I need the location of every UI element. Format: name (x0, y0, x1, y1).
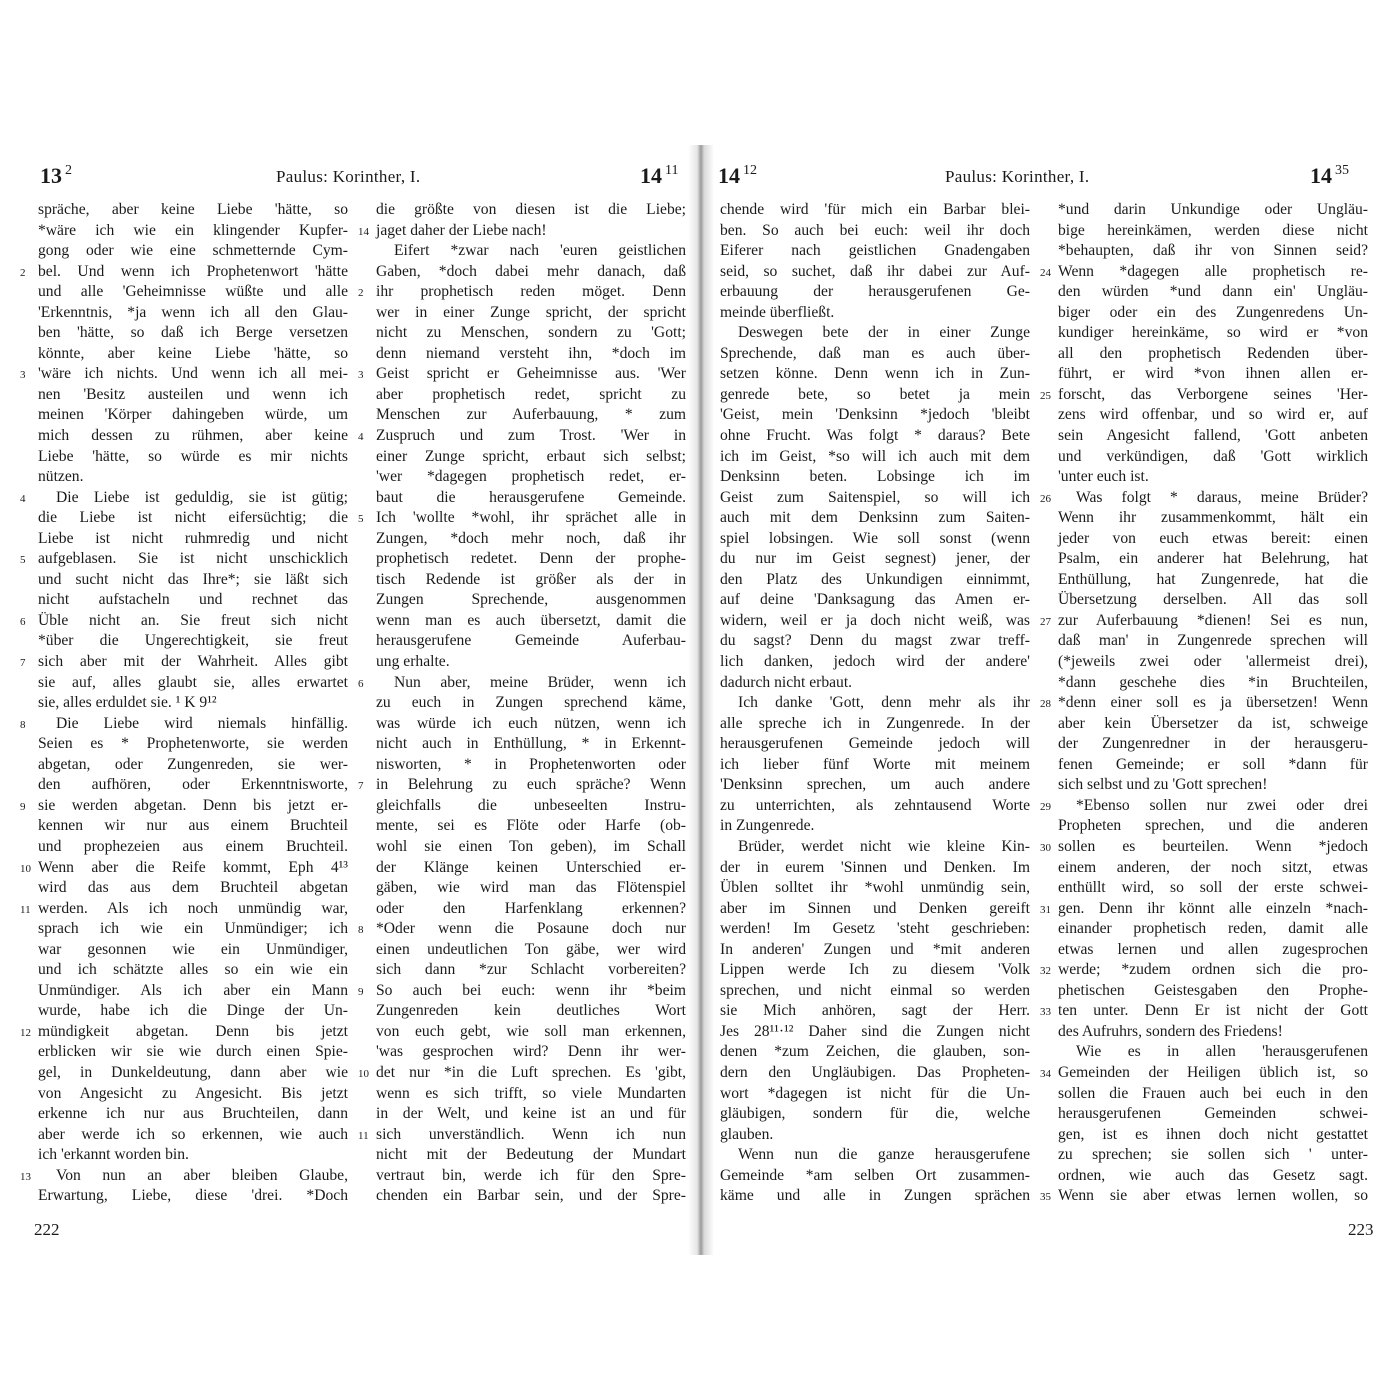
text-line: einem anderen, der noch sitzt, etwas (1058, 858, 1368, 879)
text-line: Sprechende, daß man es auch über- (720, 344, 1030, 365)
text-line: käme und alle in Zungen sprächen (720, 1186, 1030, 1207)
text-line: 8 Die Liebe wird niemals hinfällig. (38, 714, 348, 735)
text-line: 16spiel lobsingen. Wie soll sonst (wenn (720, 529, 1030, 550)
text-line: gel, in Dunkeldeutung, dann aber wie (38, 1063, 348, 1084)
text-line: ich 'erkannt worden bin. (38, 1145, 348, 1166)
text-line: vertraut bin, werde ich für den Spre- (376, 1166, 686, 1187)
text-line: nicht mit der Bedeutung der Mundart (376, 1145, 686, 1166)
text-line: erkenne ich nur aus Bruchteilen, dann (38, 1104, 348, 1125)
text-line: nicht aufstacheln und rechnet das (38, 590, 348, 611)
text-line: 9sie werden abgetan. Denn bis jetzt er- (38, 796, 348, 817)
verse-marker: 11 (20, 900, 31, 921)
text-line: zu unterrichten, als zehntausend Worte (720, 796, 1030, 817)
text-line: nicht auch in Enthüllung, * in Erkennt- (376, 734, 686, 755)
text-line: der Klänge keinen Unterschied er- (376, 858, 686, 879)
text-line: 19alle spreche ich in Zungenrede. In der (720, 714, 1030, 735)
text-line: 24Wenn *dagegen alle prophetisch re- (1058, 262, 1368, 283)
verse-marker: 4 (20, 489, 26, 510)
text-line: 34Gemeinden der Heiligen üblich ist, so (1058, 1063, 1368, 1084)
text-line: 3Geist spricht er Geheimnisse aus. 'Wer (376, 364, 686, 385)
text-line: kennen wir nur aus einem Bruchteil (38, 816, 348, 837)
page-number: 222 (34, 1220, 60, 1240)
right-page-head-right: 1435 (1310, 163, 1349, 189)
text-line: sie, alles erduldet sie. ¹ K 9¹² (38, 693, 348, 714)
text-line: und prophezeien aus einem Bruchteil. (38, 837, 348, 858)
text-line: 26 Was folgt * daraus, meine Brüder? (1058, 488, 1368, 509)
verse-marker: 3 (358, 365, 364, 386)
text-line: des Aufruhrs, sondern des Friedens! (1058, 1022, 1368, 1043)
book-gutter (688, 145, 714, 1255)
text-line: 21werden! Im Gesetz 'steht geschrieben: (720, 919, 1030, 940)
chapter-number: 14 (1310, 163, 1332, 188)
text-line: aber prophetisch redet, spricht zu (376, 385, 686, 406)
text-line: Denksinn beten. Lobsinge ich im (720, 467, 1030, 488)
text-line: sprechen, und nicht einmal so werden (720, 981, 1030, 1002)
text-line: denn niemand versteht ihn, *doch im (376, 344, 686, 365)
text-line: sollen die Frauen auch bei euch in den (1058, 1084, 1368, 1105)
text-line: 22Jes 28¹¹·¹² Daher sind die Zungen nich… (720, 1022, 1030, 1043)
text-line: ung erhalte. (376, 652, 686, 673)
text-line: chenden ein Barbar sein, und der Spre- (376, 1186, 686, 1207)
text-line: der in eurem 'Sinnen und Denken. Im (720, 858, 1030, 879)
left-page-head-right: 1411 (640, 163, 678, 189)
text-line: wer in einer Zunge spricht, der spricht (376, 303, 686, 324)
text-line: *wäre ich wie ein klingender Kupfer- (38, 221, 348, 242)
verse-marker: 25 (1040, 386, 1051, 407)
text-line: prophetisch redetet. Denn der prophe- (376, 549, 686, 570)
verse-marker: 32 (1040, 961, 1051, 982)
text-line: war gesonnen wie ein Unmündiger, (38, 940, 348, 961)
right-page-column-1: chende wird 'für mich ein Barbar blei-12… (720, 200, 1030, 1207)
text-line: und alle 'Geheimnisse wüßte und alle (38, 282, 348, 303)
text-line: Psalm, ein anderer hat Belehrung, hat (1058, 549, 1368, 570)
text-line: der Zungenredner in der herausgeru- (1058, 734, 1368, 755)
text-line: 20 Brüder, werdet nicht wie kleine Kin- (720, 837, 1030, 858)
text-line: und verkündigen, daß 'Gott wirklich (1058, 447, 1368, 468)
text-line: chende wird 'für mich ein Barbar blei- (720, 200, 1030, 221)
text-line: aber kein Übersetzer da ist, schweige (1058, 714, 1368, 735)
text-line: Zungenreden kein deutliches Wort (376, 1001, 686, 1022)
text-line: Liebe 'hätte, so würde es mir nichts (38, 447, 348, 468)
text-line: 'Geist, mein 'Denksinn *jedoch 'bleibt (720, 405, 1030, 426)
right-page-column-2: *und darin Unkundige oder Ungläu-bige he… (1058, 200, 1368, 1207)
text-line: und ich schätzte alles so ein wie ein (38, 960, 348, 981)
chapter-number: 13 (40, 163, 62, 188)
left-page-head-left: 132 (40, 163, 72, 189)
verse-marker: 14 (358, 222, 369, 243)
verse-marker: 13 (20, 1167, 31, 1188)
text-line: wenn man es auch übersetzt, damit die (376, 611, 686, 632)
text-line: Übersetzung derselben. All das soll (1058, 590, 1368, 611)
text-line: sie Mich anhören, sagt der Herr. (720, 1001, 1030, 1022)
text-line: 14setzen könne. Denn wenn ich in Zun- (720, 364, 1030, 385)
text-line: ben 'hätte, so daß ich Berge versetzen (38, 323, 348, 344)
text-line: Enthüllung, hat Zungenrede, hat die (1058, 570, 1368, 591)
text-line: tisch Redende ist größer als der in (376, 570, 686, 591)
verse-marker: 35 (1040, 1187, 1051, 1208)
text-line: 35Wenn sie aber etwas lernen wollen, so (1058, 1186, 1368, 1207)
text-line: 5aufgeblasen. Sie ist nicht unschicklich (38, 549, 348, 570)
text-line: *dann geschehe dies *in Bruchteilen, (1058, 673, 1368, 694)
verse-marker: 27 (1040, 612, 1051, 633)
left-page-column-2: die größte von diesen ist die Liebe;14ja… (376, 200, 686, 1207)
text-line: *und darin Unkundige oder Ungläu- (1058, 200, 1368, 221)
verse-marker: 7 (20, 653, 26, 674)
text-line: enthüllt wird, so soll der erste schwei- (1058, 878, 1368, 899)
running-head: Paulus: Korinther, I. (945, 167, 1089, 187)
text-line: Wie es in allen 'herausgerufenen (1058, 1042, 1368, 1063)
text-line: 'was gesprochen wird? Denn ihr wer- (376, 1042, 686, 1063)
text-line: sie auf, alles glaubt sie, alles erwarte… (38, 673, 348, 694)
verse-marker: 7 (358, 776, 364, 797)
text-line: gäben, wie wird man das Flötenspiel (376, 878, 686, 899)
text-line: meinen 'Körper dahingeben würde, um (38, 405, 348, 426)
text-line: Eifert *zwar nach 'euren geistlichen (376, 241, 686, 262)
text-line: 18 Ich danke 'Gott, denn mehr als ihr (720, 693, 1030, 714)
right-page: 1412 Paulus: Korinther, I. 1435 chende w… (700, 145, 1400, 1255)
text-line: 7sich aber mit der Wahrheit. Alles gibt (38, 652, 348, 673)
text-line: gen, ist es ihnen doch nicht gestattet (1058, 1125, 1368, 1146)
text-line: seid, so suchet, daß ihr dabei zur Auf- (720, 262, 1030, 283)
text-line: zens wird offenbar, und so wird er, auf (1058, 405, 1368, 426)
verse-marker: 33 (1040, 1002, 1051, 1023)
verse-marker: 28 (1040, 694, 1051, 715)
text-line: sich dann *zur Schlacht vorbereiten? (376, 960, 686, 981)
text-line: 'Denksinn sprechen, um auch andere (720, 775, 1030, 796)
book-spread: 132 Paulus: Korinther, I. 1411 spräche, … (0, 145, 1400, 1255)
verse-marker: 24 (1040, 263, 1051, 284)
text-line: 28*denn einer soll es ja übersetzen! Wen… (1058, 693, 1368, 714)
verse-marker: 3 (20, 365, 26, 386)
text-line: gleichfalls die unbeseelten Instru- (376, 796, 686, 817)
text-line: Zungen Sprechende, ausgenommen (376, 590, 686, 611)
verse-marker: 6 (20, 612, 26, 633)
verse-marker: 8 (358, 920, 364, 941)
verse-marker: 26 (1040, 489, 1051, 510)
text-line: jeder von euch etwas bereit: einen (1058, 529, 1368, 550)
text-line: aber im Sinnen und Denken gereift (720, 899, 1030, 920)
text-line: 12ben. So auch bei euch: weil ihr doch (720, 221, 1030, 242)
verse-marker: 9 (20, 797, 26, 818)
text-line: spräche, aber keine Liebe 'hätte, so (38, 200, 348, 221)
text-line: ordnen, wie auch das Gesetz sagt. (1058, 1166, 1368, 1187)
text-line: biger oder ein des Zungenredens Un- (1058, 303, 1368, 324)
text-line: 27zur Auferbauung *dienen! Sei es nun, (1058, 611, 1368, 632)
verse-marker: 31 (1040, 900, 1051, 921)
text-line: etwas lernen und allen zugesprochen (1058, 940, 1368, 961)
text-line: 4 Die Liebe ist geduldig, sie ist gütig; (38, 488, 348, 509)
verse-marker: 11 (358, 1126, 369, 1147)
text-line: Eiferer nach geistlichen Gnadengaben (720, 241, 1030, 262)
text-line: 14jaget daher der Liebe nach! (376, 221, 686, 242)
verse-marker: 12 (20, 1023, 31, 1044)
text-line: 9So auch bei euch: wenn ihr *beim (376, 981, 686, 1002)
verse-marker: 30 (1040, 838, 1051, 859)
text-line: könnte, aber keine Liebe 'hätte, so (38, 344, 348, 365)
text-line: fenen Gemeinde; er soll *dann für (1058, 755, 1368, 776)
text-line: von Angesicht zu Angesicht. Bis jetzt (38, 1084, 348, 1105)
text-line: meinde überfließt. (720, 303, 1030, 324)
text-line: sein Angesicht fallend, 'Gott anbeten (1058, 426, 1368, 447)
running-head: Paulus: Korinther, I. (276, 167, 420, 187)
text-line: Zungen, *doch mehr noch, daß ihr (376, 529, 686, 550)
text-line: 11sich unverständlich. Wenn ich nun (376, 1125, 686, 1146)
text-line: dern den Ungläubigen. Das Propheten- (720, 1063, 1030, 1084)
text-line: den Platz des Unkundigen einnimmt, (720, 570, 1030, 591)
text-line: Propheten sprechen, und die anderen (1058, 816, 1368, 837)
verse-number: 12 (743, 163, 757, 178)
text-line: oder den Harfenklang erkennen? (376, 899, 686, 920)
text-line: lich danken, jedoch wird der andere' (720, 652, 1030, 673)
text-line: In anderen' Zungen und *mit anderen (720, 940, 1030, 961)
text-line: 31gen. Denn ihr könnt alle einzeln *nach… (1058, 899, 1368, 920)
text-line: Erwartung, Liebe, diese 'drei. *Doch (38, 1186, 348, 1207)
text-line: (*jeweils zwei oder 'allermeist drei), (1058, 652, 1368, 673)
text-line: von euch gebt, wie soll man erkennen, (376, 1022, 686, 1043)
text-line: du nur im Geist segnest) jener, der (720, 549, 1030, 570)
verse-marker: 2 (358, 283, 364, 304)
text-line: was würde ich euch nützen, wenn ich (376, 714, 686, 735)
text-line: 10Wenn aber die Reife kommt, Eph 4¹³ (38, 858, 348, 879)
text-line: in der Welt, und keine ist an und für (376, 1104, 686, 1125)
text-line: genrede bete, so betet ja mein (720, 385, 1030, 406)
text-line: ich lieber fünf Worte mit meinem (720, 755, 1030, 776)
text-line: 10det nur *in die Luft sprechen. Es 'gib… (376, 1063, 686, 1084)
text-line: Unmündiger. Als ich aber ein Mann (38, 981, 348, 1002)
text-line: 32werde; *zudem ordnen sich die pro- (1058, 960, 1368, 981)
chapter-number: 14 (640, 163, 662, 188)
text-line: auch mit dem Denksinn zum Saiten- (720, 508, 1030, 529)
verse-marker: 2 (20, 263, 26, 284)
text-line: abgetan, oder Zungenreden, sie wer- (38, 755, 348, 776)
text-line: Gemeinde *am selben Ort zusammen- (720, 1166, 1030, 1187)
text-line: herausgerufene Gemeinde Auferbau- (376, 631, 686, 652)
verse-marker: 5 (20, 550, 26, 571)
text-line: kundiger hereinkäme, so wird er *von (1058, 323, 1368, 344)
text-line: Gaben, *doch dabei mehr danach, daß (376, 262, 686, 283)
text-line: 13 Von nun an aber bleiben Glaube, (38, 1166, 348, 1187)
text-line: aber werde ich so erkennen, wie auch (38, 1125, 348, 1146)
text-line: den aufhören, oder Erkenntnisworte, (38, 775, 348, 796)
text-line: 8*Oder wenn die Posaune doch nur (376, 919, 686, 940)
text-line: 25forscht, das Verborgene seines 'Her- (1058, 385, 1368, 406)
text-line: *über die Ungerechtigkeit, sie freut (38, 631, 348, 652)
text-line: wohl sie einen Ton geben), im Schall (376, 837, 686, 858)
text-line: führt, er wird *von ihnen allen er- (1058, 364, 1368, 385)
text-line: den würden *und dann ein' Ungläu- (1058, 282, 1368, 303)
text-line: Üblen solltet ihr *wohl unmündig sein, (720, 878, 1030, 899)
text-line: nicht zu Menschen, sondern zu 'Gott; (376, 323, 686, 344)
text-line: 33ten unter. Denn Er ist nicht der Gott (1058, 1001, 1368, 1022)
text-line: zu euch in Zungen sprechend käme, (376, 693, 686, 714)
text-line: in Zungenrede. (720, 816, 1030, 837)
text-line: Wenn ihr zusammenkommt, hält ein (1058, 508, 1368, 529)
text-line: 4Zuspruch und zum Trost. 'Wer in (376, 426, 686, 447)
text-line: *behaupten, daß ihr von Sinnen seid? (1058, 241, 1368, 262)
verse-number: 35 (1335, 163, 1349, 178)
text-line: Liebe ist nicht ruhmredig und nicht (38, 529, 348, 550)
left-page-column-1: spräche, aber keine Liebe 'hätte, so*wär… (38, 200, 348, 1207)
verse-marker: 5 (358, 509, 364, 530)
left-page: 132 Paulus: Korinther, I. 1411 spräche, … (0, 145, 700, 1255)
text-line: denen *zum Zeichen, die glauben, son- (720, 1042, 1030, 1063)
text-line: bige hereinkämen, werden diese nicht (1058, 221, 1368, 242)
text-line: herausgerufenen Gemeinden schwei- (1058, 1104, 1368, 1125)
text-line: nisworten, * in Prophetenworten oder (376, 755, 686, 776)
text-line: 11werden. Als ich noch unmündig war, (38, 899, 348, 920)
text-line: 6Üble nicht an. Sie freut sich nicht (38, 611, 348, 632)
text-line: herausgerufenen Gemeinde jedoch will (720, 734, 1030, 755)
verse-number: 11 (665, 163, 678, 178)
text-line: gong oder wie eine schmetternde Cym- (38, 241, 348, 262)
text-line: 'wer *dagegen prophetisch redet, er- (376, 467, 686, 488)
text-line: 13 Deswegen bete der in einer Zunge (720, 323, 1030, 344)
text-line: 3'wäre ich nichts. Und wenn ich all mei- (38, 364, 348, 385)
text-line: einen undeutlichen Ton gäbe, wer wird (376, 940, 686, 961)
text-line: einer Zunge spricht, erbaut sich selbst; (376, 447, 686, 468)
text-line: 2ihr prophetisch reden möget. Denn (376, 282, 686, 303)
text-line: gläubigen, sondern für die, welche (720, 1104, 1030, 1125)
text-line: 12mündigkeit abgetan. Denn bis jetzt (38, 1022, 348, 1043)
text-line: 17du sagst? Denn du magst zwar treff- (720, 631, 1030, 652)
verse-marker: 8 (20, 715, 26, 736)
text-line: sprach ich wie ein Unmündiger; ich (38, 919, 348, 940)
verse-marker: 4 (358, 427, 364, 448)
text-line: erbauung der herausgerufenen Ge- (720, 282, 1030, 303)
text-line: auf deine 'Danksagung das Amen er- (720, 590, 1030, 611)
text-line: all den prophetisch Redenden über- (1058, 344, 1368, 365)
verse-number: 2 (65, 163, 72, 178)
verse-marker: 29 (1040, 797, 1051, 818)
text-line: Geist zum Saitenspiel, so will ich (720, 488, 1030, 509)
right-page-head-left: 1412 (718, 163, 757, 189)
chapter-number: 14 (718, 163, 740, 188)
text-line: mente, sei es Flöte oder Harfe (ob- (376, 816, 686, 837)
text-line: wird das aus dem Bruchteil abgetan (38, 878, 348, 899)
page-number: 223 (1348, 1220, 1374, 1240)
text-line: phetischen Geistesgaben den Prophe- (1058, 981, 1368, 1002)
text-line: 30sollen es beurteilen. Wenn *jedoch (1058, 837, 1368, 858)
text-line: wenn es sich trifft, so viele Mundarten (376, 1084, 686, 1105)
text-line: ich im Geist, *so will ich auch mit dem (720, 447, 1030, 468)
text-line: mich dessen zu rühmen, aber keine (38, 426, 348, 447)
text-line: und sucht nicht das Ihre*; sie läßt sich (38, 570, 348, 591)
text-line: wort *dagegen ist nicht für die Un- (720, 1084, 1030, 1105)
text-line: sich selbst und zu 'Gott sprechen! (1058, 775, 1368, 796)
text-line: Menschen zur Auferbauung, * zum (376, 405, 686, 426)
verse-marker: 6 (358, 674, 364, 695)
text-line: baut die herausgerufene Gemeinde. (376, 488, 686, 509)
text-line: die Liebe ist nicht eifersüchtig; die (38, 508, 348, 529)
text-line: einander prophetisch reden, damit alle (1058, 919, 1368, 940)
text-line: nützen. (38, 467, 348, 488)
text-line: dadurch nicht erbaut. (720, 673, 1030, 694)
text-line: wurde, habe ich die Dinge der Un- (38, 1001, 348, 1022)
verse-marker: 10 (20, 859, 31, 880)
text-line: 6 Nun aber, meine Brüder, wenn ich (376, 673, 686, 694)
text-line: 2bel. Und wenn ich Prophetenwort 'hätte (38, 262, 348, 283)
text-line: glauben. (720, 1125, 1030, 1146)
text-line: Seien es * Prophetenworte, sie werden (38, 734, 348, 755)
verse-marker: 34 (1040, 1064, 1051, 1085)
text-line: daß man' in Zungenrede sprechen will (1058, 631, 1368, 652)
text-line: 29 *Ebenso sollen nur zwei oder drei (1058, 796, 1368, 817)
text-line: erblicken wir sie wie durch einen Spie- (38, 1042, 348, 1063)
text-line: nen 'Besitz austeilen und wenn ich (38, 385, 348, 406)
text-line: 23 Wenn nun die ganze herausgerufene (720, 1145, 1030, 1166)
verse-marker: 9 (358, 982, 364, 1003)
verse-marker: 10 (358, 1064, 369, 1085)
text-line: 5Ich 'wollte *wohl, ihr sprächet alle in (376, 508, 686, 529)
text-line: Lippen werde Ich zu diesem 'Volk (720, 960, 1030, 981)
text-line: 'Erkenntnis, *ja wenn ich all den Glau- (38, 303, 348, 324)
text-line: zu sprechen; sie sollen sich ' unter- (1058, 1145, 1368, 1166)
text-line: widern, weil er ja doch nicht weiß, was (720, 611, 1030, 632)
text-line: 15ohne Frucht. Was folgt * daraus? Bete (720, 426, 1030, 447)
text-line: 'unter euch ist. (1058, 467, 1368, 488)
text-line: die größte von diesen ist die Liebe; (376, 200, 686, 221)
text-line: 7in Belehrung zu euch spräche? Wenn (376, 775, 686, 796)
